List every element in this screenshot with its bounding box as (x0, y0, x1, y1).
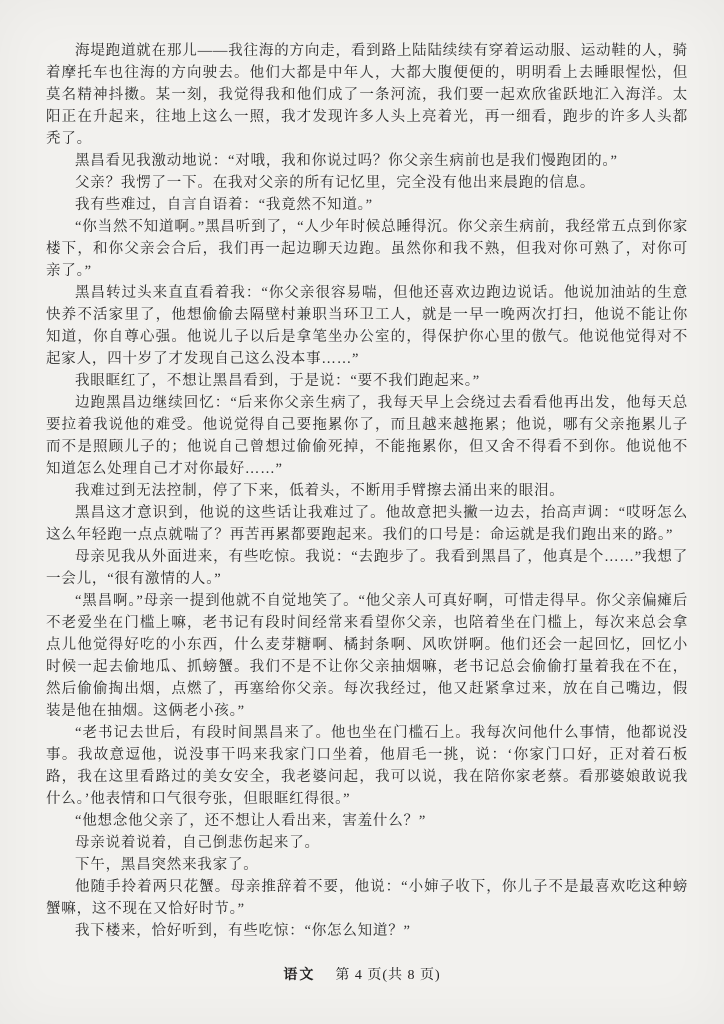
passage-paragraph: 边跑黑昌边继续回忆：“后来你父亲生病了，我每天早上会绕过去看看他再出发，他每天总… (46, 392, 688, 480)
passage-paragraph: “他想念他父亲了，还不想让人看出来，害羞什么？” (46, 810, 688, 832)
passage-paragraph: 父亲？我愣了一下。在我对父亲的所有记忆里，完全没有他出来晨跑的信息。 (46, 172, 688, 194)
exam-paper-page: 海堤跑道就在那儿——我往海的方向走，看到路上陆陆续续有穿着运动服、运动鞋的人，骑… (0, 0, 724, 1024)
passage-paragraph: 海堤跑道就在那儿——我往海的方向走，看到路上陆陆续续有穿着运动服、运动鞋的人，骑… (46, 40, 688, 150)
passage-paragraph: 我下楼来，恰好听到，有些吃惊：“你怎么知道？” (46, 920, 688, 942)
passage-paragraph: 母亲见我从外面进来，有些吃惊。我说：“去跑步了。我看到黑昌了，他真是个……”我想… (46, 546, 688, 590)
reading-passage: 海堤跑道就在那儿——我往海的方向走，看到路上陆陆续续有穿着运动服、运动鞋的人，骑… (46, 40, 688, 942)
footer-subject-label: 语文 (283, 968, 315, 983)
passage-paragraph: 黑昌转过头来直直看着我：“你父亲很容易喘，但他还喜欢边跑边说话。他说加油站的生意… (46, 282, 688, 370)
passage-paragraph: 我眼眶红了，不想让黑昌看到，于是说：“要不我们跑起来。” (46, 370, 688, 392)
passage-paragraph: 他随手拎着两只花蟹。母亲推辞着不要，他说：“小婶子收下，你儿子不是最喜欢吃这种螃… (46, 876, 688, 920)
passage-paragraph: 下午，黑昌突然来我家了。 (46, 854, 688, 876)
passage-paragraph: 我难过到无法控制，停了下来，低着头，不断用手臂擦去涌出来的眼泪。 (46, 480, 688, 502)
passage-paragraph: “你当然不知道啊。”黑昌听到了，“人少年时候总睡得沉。你父亲生病前，我经常五点到… (46, 216, 688, 282)
page-footer: 语文第 4 页(共 8 页) (0, 964, 724, 984)
passage-paragraph: 黑昌这才意识到，他说的这些话让我难过了。他故意把头撇一边去，抬高声调：“哎呀怎么… (46, 502, 688, 546)
passage-paragraph: 黑昌看见我激动地说：“对哦，我和你说过吗？你父亲生病前也是我们慢跑团的。” (46, 150, 688, 172)
passage-paragraph: 我有些难过，自言自语着：“我竟然不知道。” (46, 194, 688, 216)
passage-paragraph: “黑昌啊。”母亲一提到他就不自觉地笑了。“他父亲人可真好啊，可惜走得早。你父亲偏… (46, 590, 688, 722)
footer-page-number: 第 4 页(共 8 页) (335, 968, 440, 983)
passage-paragraph: “老书记去世后，有段时间黑昌来了。他也坐在门槛石上。我每次问他什么事情，他都说没… (46, 722, 688, 810)
passage-paragraph: 母亲说着说着，自己倒悲伤起来了。 (46, 832, 688, 854)
